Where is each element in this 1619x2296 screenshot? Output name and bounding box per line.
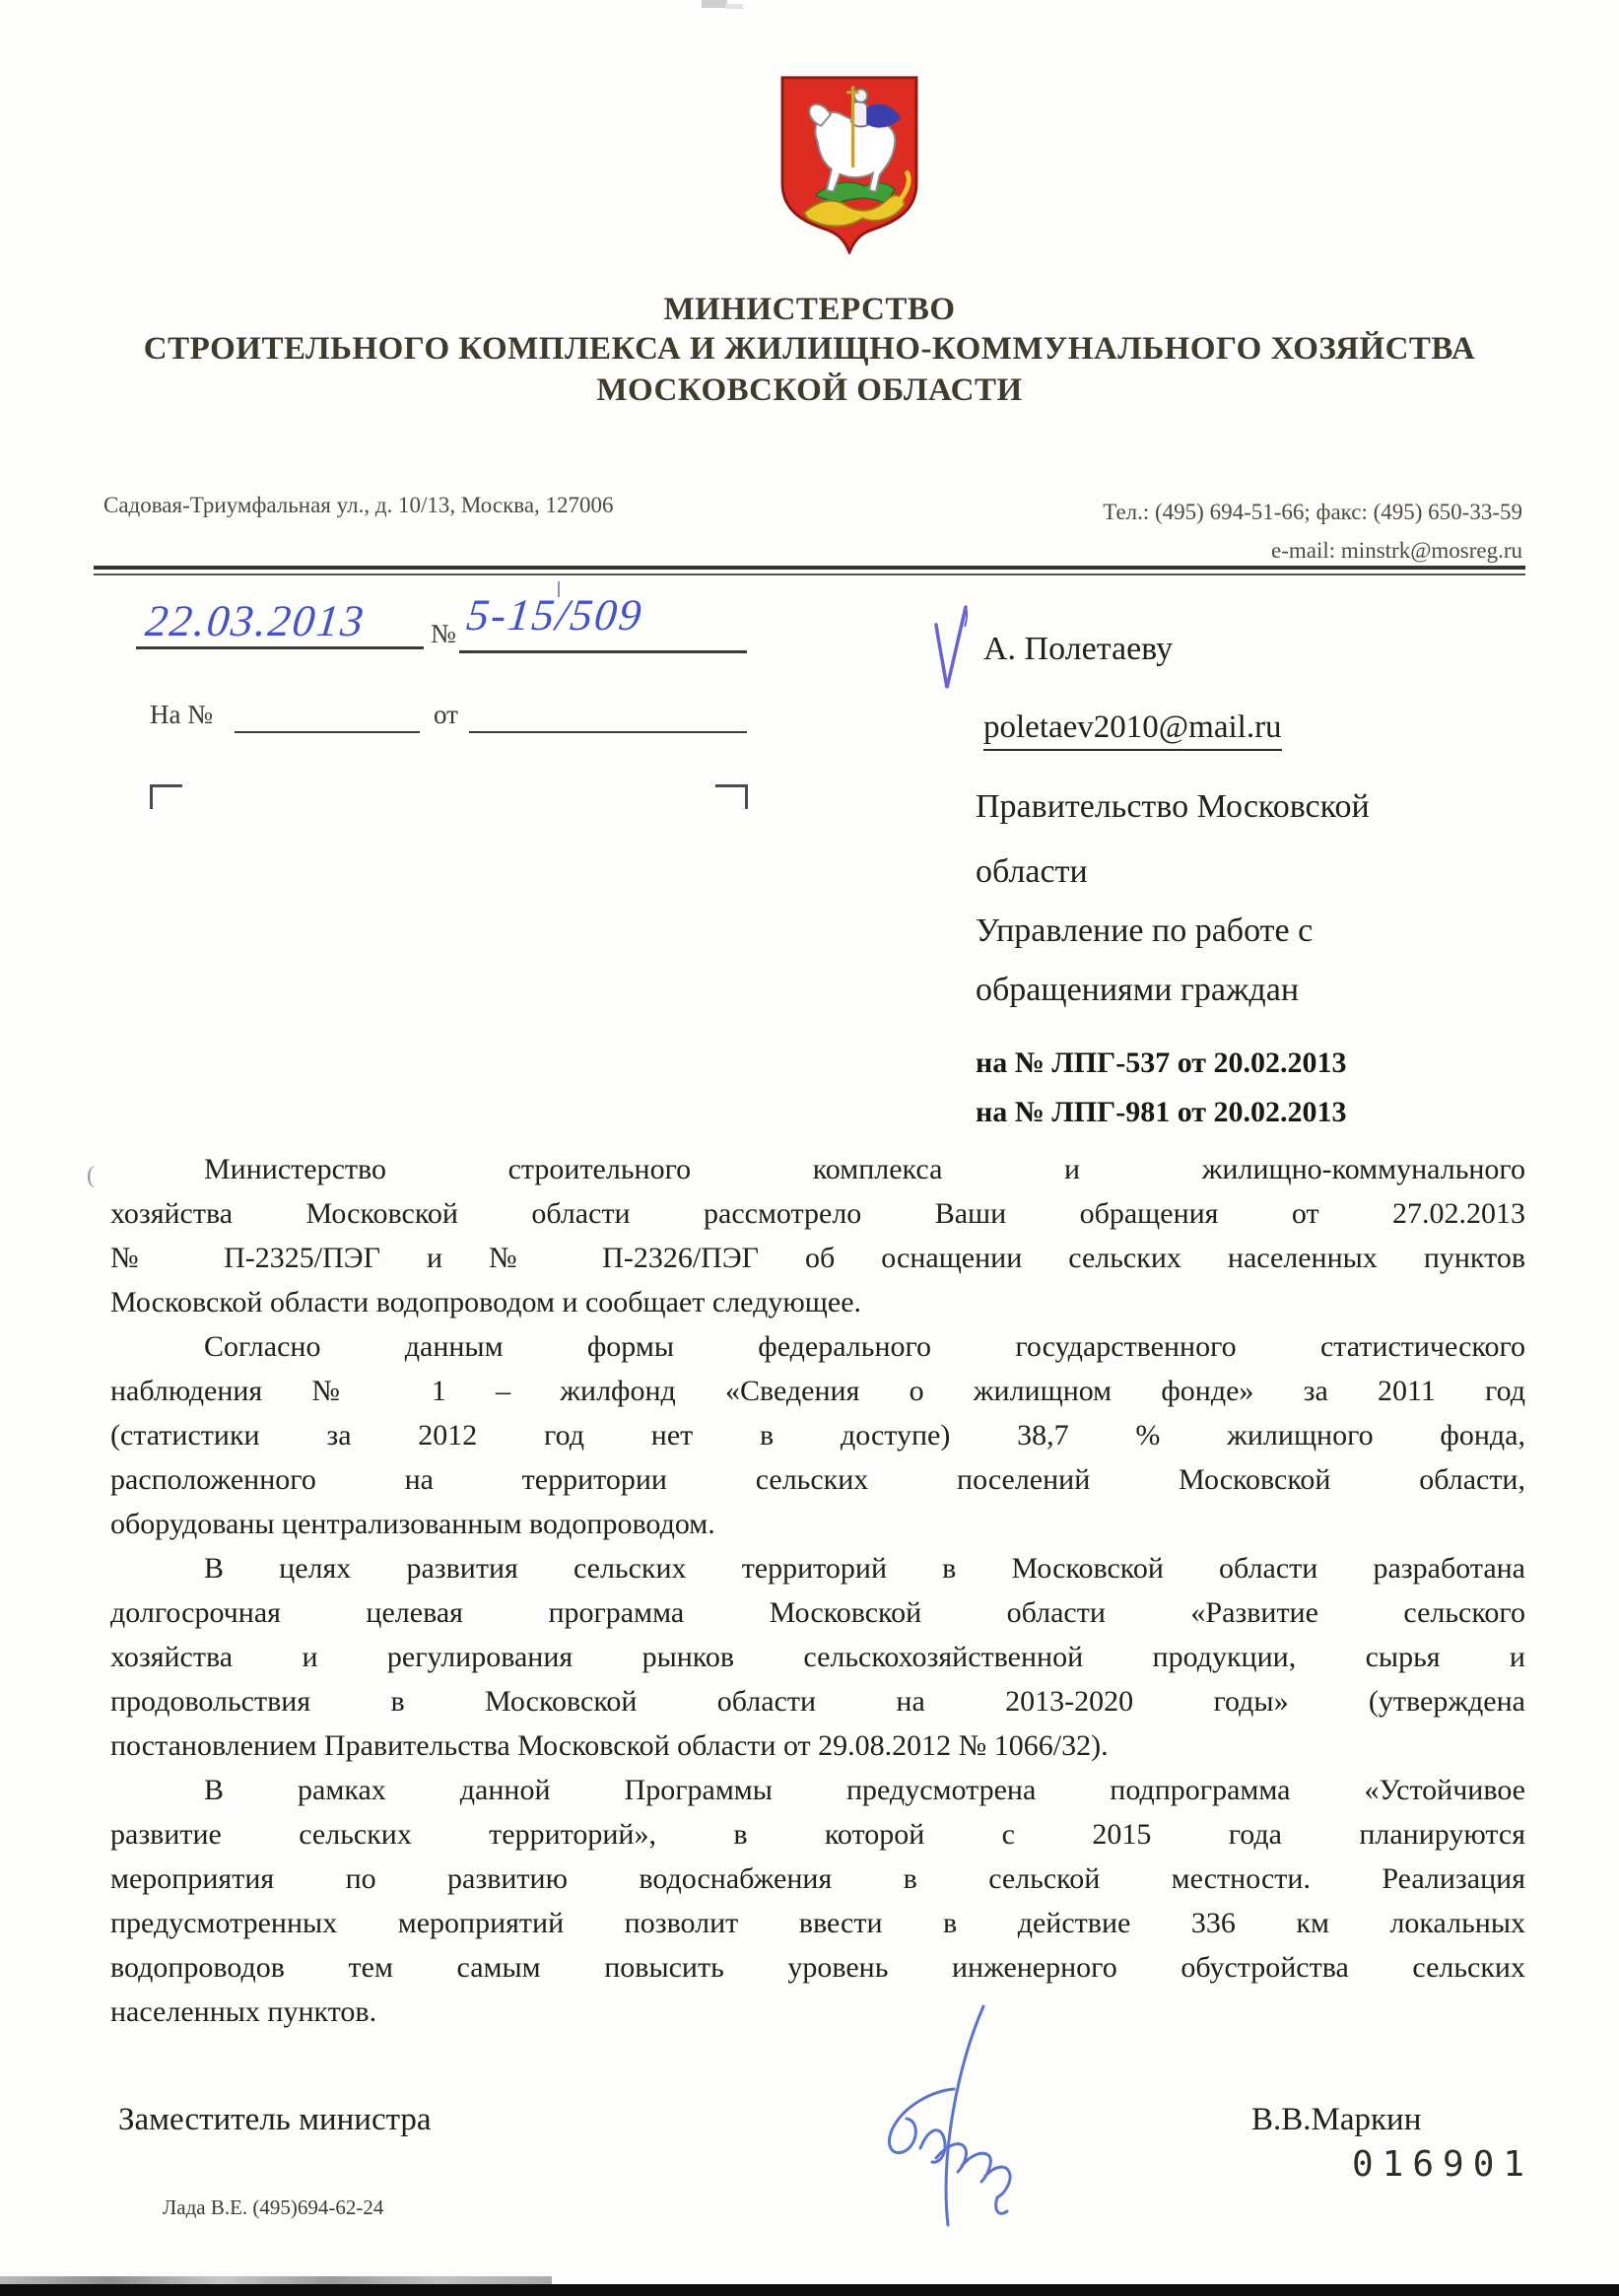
recipient-email: poletaev2010@mail.ru (983, 709, 1282, 751)
body-line: предусмотренных мероприятий позволит вве… (110, 1901, 1525, 1945)
ministry-contacts: Тел.: (495) 694-51-66; факс: (495) 650-3… (1103, 493, 1522, 570)
registration-stamp-number: 016901 (1352, 2144, 1533, 2185)
signer-name: В.В.Маркин (1251, 2102, 1421, 2138)
recipient-name: А. Полетаеву (983, 631, 1173, 668)
body-line: оборудованы централизованным водопроводо… (110, 1502, 1525, 1546)
body-line: № П-2325/ПЭГ и № П-2326/ПЭГ об оснащении… (110, 1236, 1525, 1280)
checkmark-icon (930, 603, 978, 702)
body-line: мероприятия по развитию водоснабжения в … (110, 1857, 1525, 1901)
ministry-email: e-mail: minstrk@mosreg.ru (1103, 531, 1522, 570)
body-line: (статистики за 2012 год нет в доступе) 3… (110, 1413, 1525, 1457)
recipient-org-line3: Управление по работе с (976, 912, 1313, 950)
incoming-reference-1: на № ЛПГ-537 от 20.02.2013 (976, 1047, 1347, 1080)
ot-label: от (434, 700, 458, 730)
body-line: продовольствия в Московской области на 2… (110, 1679, 1525, 1723)
body-line: В целях развития сельских территорий в М… (110, 1546, 1525, 1590)
body-line: развитие сельских территорий», в которой… (110, 1812, 1525, 1857)
body-line: Согласно данным формы федерального госуд… (110, 1324, 1525, 1369)
handwritten-outgoing-number: 5-15/509 (464, 589, 645, 641)
scan-smudge (702, 0, 727, 8)
body-line: Московской области водопроводом и сообща… (110, 1280, 1525, 1324)
scan-mark-artifact: ( (87, 1163, 95, 1189)
letter-body: Министерство строительного комплекса и ж… (110, 1147, 1525, 2034)
body-line: постановлением Правительства Московской … (110, 1723, 1525, 1768)
body-line: наблюдения № 1 – жилфонд «Сведения о жил… (110, 1369, 1525, 1413)
incoming-reference-2: на № ЛПГ-981 от 20.02.2013 (976, 1096, 1347, 1129)
ministry-phone-fax: Тел.: (495) 694-51-66; факс: (495) 650-3… (1103, 493, 1522, 531)
number-sign-label: № (431, 619, 456, 649)
ministry-name-line2: СТРОИТЕЛЬНОГО КОМПЛЕКСА И ЖИЛИЩНО-КОММУН… (0, 331, 1619, 368)
recipient-org-line4: обращениями граждан (976, 972, 1299, 1009)
body-line: водопроводов тем самым повысить уровень … (110, 1945, 1525, 1990)
body-line: Министерство строительного комплекса и ж… (110, 1147, 1525, 1191)
address-window-corner-left (150, 784, 182, 809)
ministry-address: Садовая-Триумфальная ул., д. 10/13, Моск… (103, 493, 614, 518)
body-line: хозяйства и регулирования рынков сельско… (110, 1635, 1525, 1679)
na-no-label: На № (150, 700, 213, 730)
signer-position: Заместитель министра (118, 2102, 432, 2138)
body-line: хозяйства Московской области рассмотрело… (110, 1191, 1525, 1236)
header-divider-line-2 (94, 574, 1525, 575)
body-line: В рамках данной Программы предусмотрена … (110, 1768, 1525, 1812)
handwritten-signature (838, 2000, 1094, 2247)
handwritten-date: 22.03.2013 (143, 595, 368, 646)
body-line: долгосрочная целевая программа Московско… (110, 1590, 1525, 1635)
header-divider-line (94, 566, 1525, 570)
incoming-date-blank-line (469, 731, 747, 733)
date-underline (136, 646, 424, 649)
ministry-name-line1: МИНИСТЕРСТВО (0, 292, 1619, 328)
executor-contact: Лада В.Е. (495)694-62-24 (163, 2195, 383, 2220)
recipient-org-line1: Правительство Московской (976, 788, 1370, 826)
address-window-corner-right (715, 784, 748, 809)
scanned-letter-page: МИНИСТЕРСТВО СТРОИТЕЛЬНОГО КОМПЛЕКСА И Ж… (0, 0, 1619, 2296)
scan-smudge (725, 4, 743, 9)
scan-edge-bar (0, 2284, 1619, 2296)
recipient-org-line2: области (976, 853, 1088, 891)
incoming-number-blank-line (235, 731, 420, 733)
body-line: расположенного на территории сельских по… (110, 1457, 1525, 1502)
body-line: населенных пунктов. (110, 1990, 1525, 2034)
moscow-oblast-coat-of-arms-icon (776, 75, 922, 254)
ministry-name-line3: МОСКОВСКОЙ ОБЛАСТИ (0, 372, 1619, 409)
number-underline (459, 650, 747, 653)
